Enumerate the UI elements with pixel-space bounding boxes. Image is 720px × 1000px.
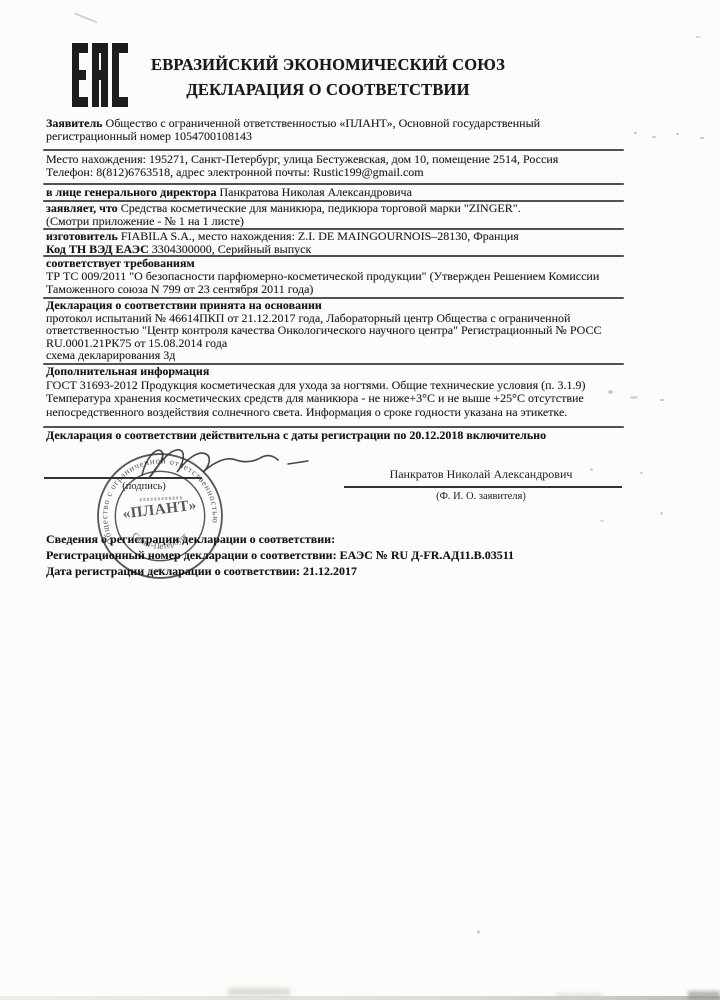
scan-noise: [630, 396, 638, 399]
location-phone-email: Телефон: 8(812)6763518, адрес электронно…: [46, 166, 602, 179]
applicant-section: Заявитель Общество с ограниченной ответс…: [46, 117, 602, 142]
conformity-heading: соответствует требованиям: [46, 257, 602, 270]
scan-noise: [640, 472, 643, 474]
applicant-text: Общество с ограниченной ответственностью…: [46, 116, 540, 143]
registration-number-label: Регистрационный номер декларации о соотв…: [46, 548, 337, 562]
additional-info-section: Дополнительная информация ГОСТ 31693-201…: [46, 365, 602, 419]
declaration-document: ЕВРАЗИЙСКИЙ ЭКОНОМИЧЕСКИЙ СОЮЗ ДЕКЛАРАЦИ…: [0, 0, 720, 1000]
gost-line: ГОСТ 31693-2012 Продукция косметическая …: [46, 379, 602, 393]
scan-noise: [600, 520, 604, 522]
director-name: Панкратова Николая Александровича: [216, 185, 411, 199]
scan-noise: [74, 13, 97, 24]
scan-noise: [652, 136, 656, 138]
registration-date-value: 21.12.2017: [300, 564, 357, 578]
applicant-full-name: Панкратов Николай Александрович: [345, 467, 617, 482]
director-label: в лице генерального директора: [46, 185, 216, 199]
scan-noise: [695, 36, 701, 38]
registration-number-value: ЕАЭС № RU Д-FR.АД11.В.03511: [337, 548, 514, 562]
hs-code-value: 3304300000, Серийный выпуск: [149, 242, 312, 256]
declares-label: заявляет, что: [46, 201, 118, 215]
validity-statement: Декларация о соответствии действительна …: [46, 429, 602, 442]
scan-smudge: [228, 988, 290, 996]
registration-section: Сведения о регистрации декларации о соот…: [46, 531, 602, 579]
location-address: Место нахождения: 195271, Санкт-Петербур…: [46, 153, 602, 166]
product-section: заявляет, что Средства косметические для…: [46, 202, 602, 227]
product-annex-note: (Смотри приложение - № 1 на 1 листе): [46, 215, 602, 228]
section-divider: [43, 149, 624, 151]
fio-caption: (Ф. И. О. заявителя): [345, 491, 617, 502]
fio-line: [344, 486, 622, 488]
declaration-scheme: схема декларирования 3д: [46, 349, 602, 362]
manufacturer-section: изготовитель FIABILA S.A., место нахожде…: [46, 230, 602, 255]
additional-heading: Дополнительная информация: [46, 365, 602, 379]
scan-noise: [660, 399, 664, 401]
scan-smudge: [556, 993, 602, 999]
basis-line: ответственностью "Центр контроля качеств…: [46, 324, 602, 337]
scan-noise: [676, 133, 679, 135]
storage-line: непосредственного воздействия солнечного…: [46, 406, 602, 420]
scan-noise: [700, 137, 704, 139]
scan-noise: [660, 512, 663, 515]
regulation-line: ТР ТС 009/2011 "О безопасности парфюмерн…: [46, 270, 602, 283]
scan-noise: [634, 132, 637, 134]
scan-noise: [477, 930, 480, 934]
location-section: Место нахождения: 195271, Санкт-Петербур…: [46, 153, 602, 178]
scan-noise: [608, 390, 613, 394]
scan-smudge: [688, 991, 720, 1000]
union-title: ЕВРАЗИЙСКИЙ ЭКОНОМИЧЕСКИЙ СОЮЗ: [98, 52, 558, 77]
hs-code-label: Код ТН ВЭД ЕАЭС: [46, 242, 149, 256]
technical-regulation: ТР ТС 009/2011 "О безопасности парфюмерн…: [46, 270, 602, 295]
stamp-company-name: «ПЛАНТ»: [122, 497, 198, 523]
basis-section: Декларация о соответствии принята на осн…: [46, 299, 602, 362]
product-text: Средства косметические для маникюра, пед…: [118, 201, 521, 215]
regulation-line: Таможенного союза N 799 от 23 сентября 2…: [46, 283, 602, 296]
storage-line: Температура хранения косметических средс…: [46, 392, 602, 406]
document-header: ЕВРАЗИЙСКИЙ ЭКОНОМИЧЕСКИЙ СОЮЗ ДЕКЛАРАЦИ…: [98, 52, 558, 102]
director-section: в лице генерального директора Панкратова…: [46, 186, 602, 199]
basis-heading: Декларация о соответствии принята на осн…: [46, 299, 602, 312]
registration-heading: Сведения о регистрации декларации о соот…: [46, 531, 602, 547]
document-title: ДЕКЛАРАЦИЯ О СООТВЕТСТВИИ: [98, 77, 558, 102]
registration-date-label: Дата регистрации декларации о соответств…: [46, 564, 300, 578]
scan-edge-shadow: [0, 996, 720, 1000]
